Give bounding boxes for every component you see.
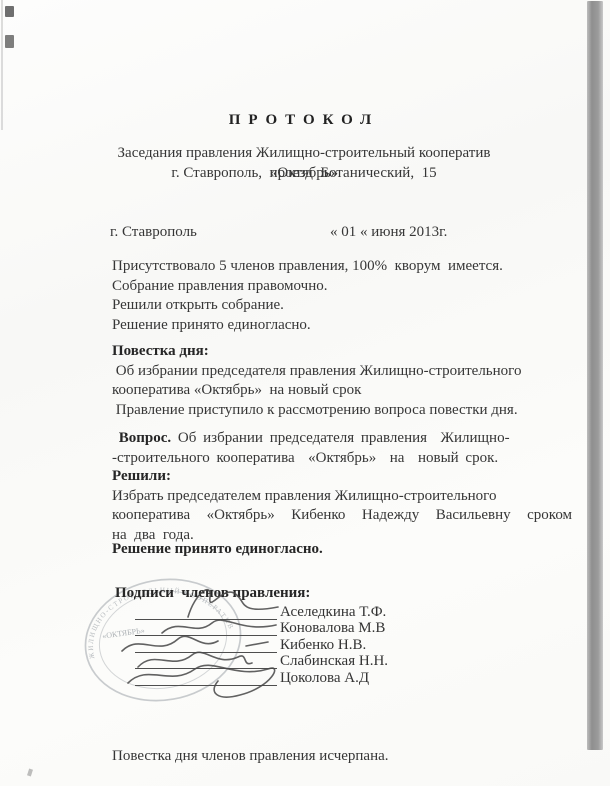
scanned-protocol-page: ПРОТОКОЛ Заседания правления Жилищно-стр…	[0, 0, 610, 786]
intro-line-unanimous: Решение принято единогласно.	[112, 316, 503, 336]
agenda-line-2: кооператива «Октябрь» на новый срок	[112, 381, 521, 401]
document-place: г. Ставрополь	[110, 223, 197, 243]
scan-speck	[27, 769, 33, 777]
resolution-line-1: Избрать председателем правления Жилищно-…	[112, 487, 572, 507]
scan-artifact-mark-lower	[5, 35, 14, 48]
signature-scrawl-1	[188, 590, 278, 617]
resolution-line-2: кооператива «Октябрь» Кибенко Надежду Ва…	[112, 506, 572, 526]
intro-line-competent: Собрание правления правомочно.	[112, 277, 503, 297]
closing-line: Повестка дня членов правления исчерпана.	[112, 747, 389, 767]
intro-line-quorum: Присутствовало 5 членов правления, 100% …	[112, 257, 503, 277]
document-title: ПРОТОКОЛ	[88, 112, 520, 129]
signature-scrawl-5	[128, 665, 275, 697]
question-label: Вопрос.	[112, 430, 171, 446]
document-subtitle-address: г. Ставрополь, проезд Ботанический, 15	[88, 164, 520, 184]
document-date: « 01 « июня 2013г.	[330, 223, 447, 243]
signature-scrawl-2	[162, 620, 276, 633]
question-line-1: Вопрос. Об избрании председателя правлен…	[112, 429, 510, 449]
question-text: Об избрании председателя правления Жилищ…	[171, 430, 509, 446]
intro-paragraph: Присутствовало 5 членов правления, 100% …	[112, 257, 503, 335]
agenda-section: Повестка дня: Об избрании председателя п…	[112, 342, 521, 420]
agenda-line-1: Об избрании председателя правления Жилищ…	[112, 362, 521, 382]
resolution-section: Решили: Избрать председателем правления …	[112, 467, 572, 545]
resolved-heading: Решили:	[112, 467, 572, 487]
intro-line-open: Решили открыть собрание.	[112, 296, 503, 316]
question-section: Вопрос. Об избрании председателя правлен…	[112, 429, 510, 468]
signature-scrawl-3-dash	[246, 642, 268, 646]
agenda-heading: Повестка дня:	[112, 342, 521, 362]
scan-edge-shadow-band	[587, 1, 603, 750]
question-line-2: -строительного кооператива «Октябрь» на …	[112, 449, 510, 469]
signature-scrawl-4	[138, 652, 252, 667]
handwritten-signatures-icon	[100, 575, 340, 725]
decision-line: Решение принято единогласно.	[112, 540, 323, 560]
scan-artifact-mark-top	[5, 6, 14, 17]
agenda-line-3: Правление приступило к рассмотрению вопр…	[112, 401, 521, 421]
scan-edge-stripe	[1, 0, 3, 130]
signature-scrawl-3	[122, 636, 218, 651]
